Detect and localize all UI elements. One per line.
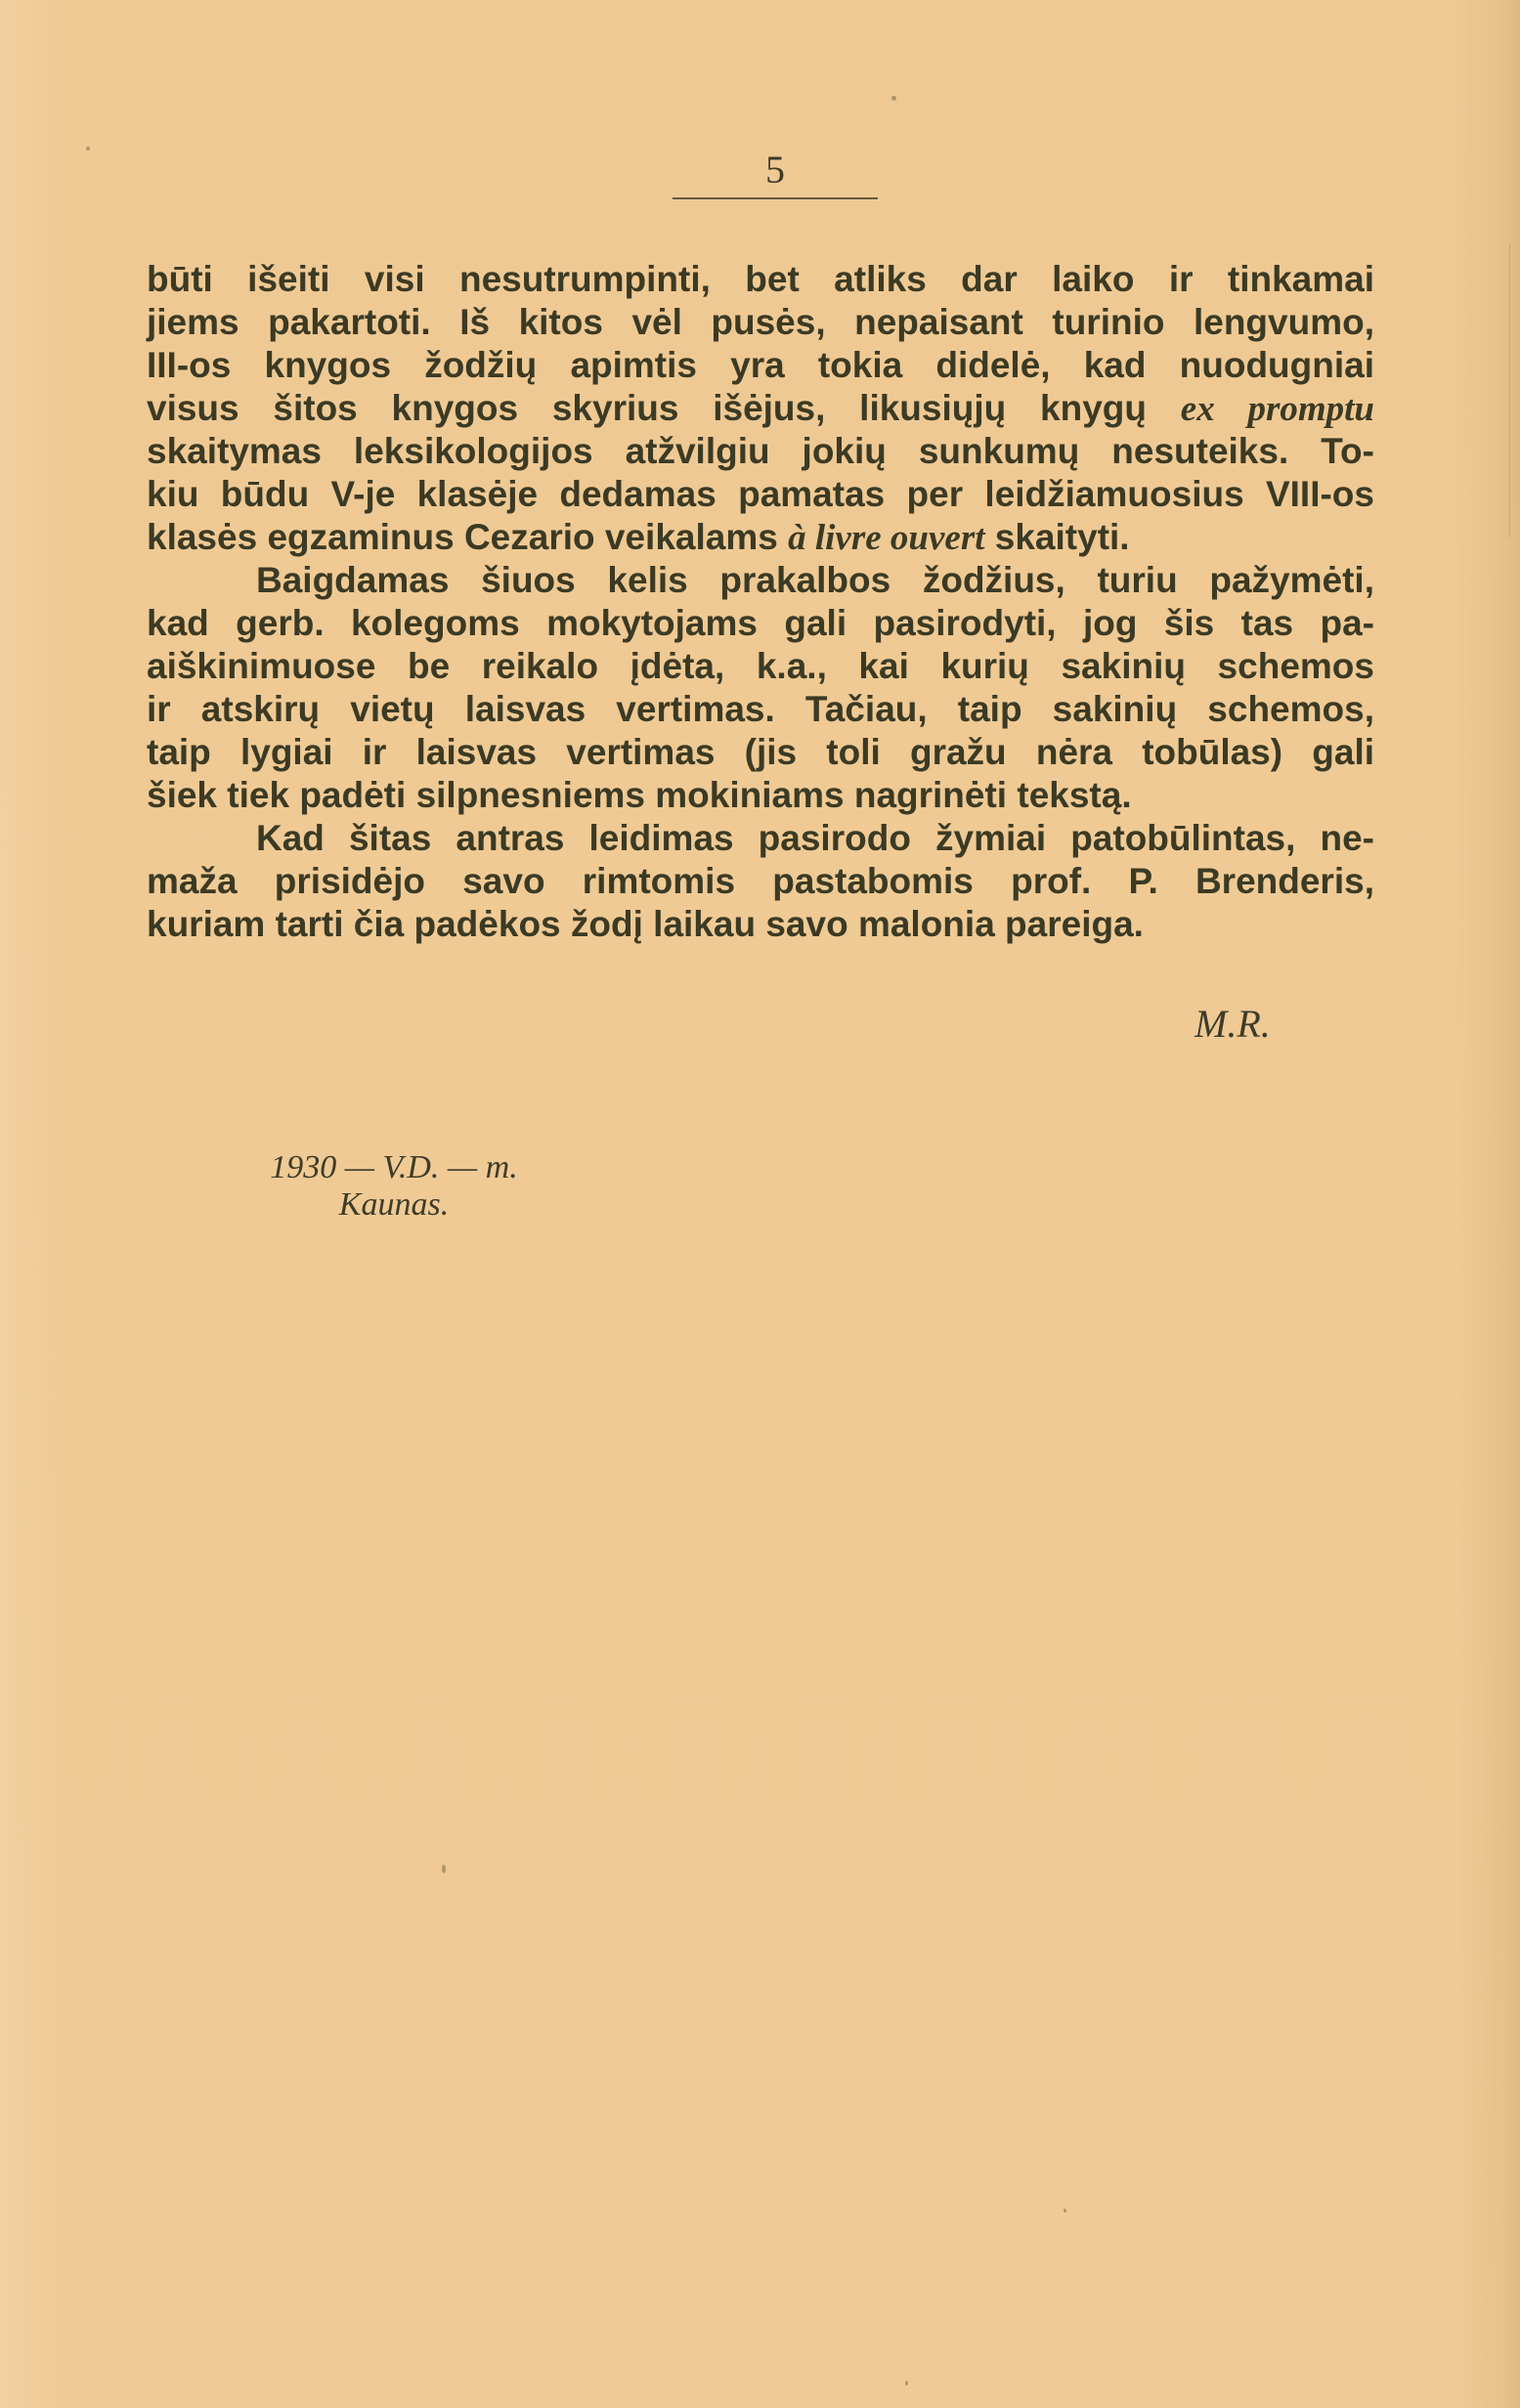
italic-phrase: ex promptu — [1181, 389, 1374, 429]
text-segment: visus šitos knygos skyrius išėjus, likus… — [147, 388, 1181, 428]
author-signature: M.R. — [1194, 1003, 1271, 1046]
text-segment: III-os knygos žodžių apimtis yra tokia d… — [147, 345, 1374, 385]
text-line: maža prisidėjo savo rimtomis pastabomis … — [147, 860, 1374, 903]
text-line: Baigdamas šiuos kelis prakalbos žodžius,… — [147, 559, 1374, 602]
colophon: 1930 — V.D. — m. Kaunas. — [223, 1149, 565, 1224]
text-line: skaitymas leksikologijos atžvilgiu jokių… — [147, 430, 1374, 473]
text-line: būti išeiti visi nesutrumpinti, bet atli… — [147, 258, 1374, 301]
text-segment: šiek tiek padėti silpnesniems mokiniams … — [147, 775, 1132, 815]
preface-body-text: būti išeiti visi nesutrumpinti, bet atli… — [147, 258, 1374, 946]
page-edge-shadow — [1509, 244, 1510, 537]
paper-speck — [86, 147, 90, 150]
paper-speck — [1064, 2209, 1066, 2213]
text-line: taip lygiai ir laisvas vertimas (jis tol… — [147, 731, 1374, 774]
page-number: 5 — [673, 149, 878, 192]
paper-speck — [891, 96, 896, 101]
text-line: kuriam tarti čia padėkos žodį laikau sav… — [147, 903, 1374, 946]
text-line: klasės egzaminus Cezario veikalams à liv… — [147, 516, 1374, 559]
text-line: Kad šitas antras leidimas pasirodo žymia… — [147, 817, 1374, 860]
page-number-rule — [673, 197, 878, 199]
text-segment: maža prisidėjo savo rimtomis pastabomis … — [147, 861, 1374, 901]
text-line: jiems pakartoti. Iš kitos vėl pusės, nep… — [147, 301, 1374, 344]
text-segment: Kad šitas antras leidimas pasirodo žymia… — [256, 818, 1374, 858]
text-segment: ir atskirų vietų laisvas vertimas. Tačia… — [147, 689, 1374, 729]
text-line: visus šitos knygos skyrius išėjus, likus… — [147, 387, 1374, 430]
text-segment: kiu būdu V-je klasėje dedamas pamatas pe… — [147, 474, 1374, 514]
text-segment: aiškinimuose be reikalo įdėta, k.a., kai… — [147, 646, 1374, 686]
text-segment: skaitymas leksikologijos atžvilgiu jokių… — [147, 431, 1374, 471]
text-line: šiek tiek padėti silpnesniems mokiniams … — [147, 774, 1374, 817]
text-line: kad gerb. kolegoms mokytojams gali pasir… — [147, 602, 1374, 645]
text-segment: Baigdamas šiuos kelis prakalbos žodžius,… — [256, 560, 1374, 600]
paper-speck — [442, 1865, 446, 1873]
colophon-place: Kaunas. — [223, 1186, 565, 1224]
text-segment: būti išeiti visi nesutrumpinti, bet atli… — [147, 259, 1374, 299]
colophon-date: 1930 — V.D. — m. — [223, 1149, 565, 1186]
text-segment: taip lygiai ir laisvas vertimas (jis tol… — [147, 732, 1374, 772]
italic-phrase: à livre ouvert — [788, 518, 984, 558]
paper-speck — [905, 2381, 908, 2386]
text-segment: kuriam tarti čia padėkos žodį laikau sav… — [147, 904, 1144, 944]
text-segment: jiems pakartoti. Iš kitos vėl pusės, nep… — [147, 302, 1374, 342]
text-line: aiškinimuose be reikalo įdėta, k.a., kai… — [147, 645, 1374, 688]
text-segment: klasės egzaminus Cezario veikalams — [147, 517, 788, 557]
book-page: 5 būti išeiti visi nesutrumpinti, bet at… — [0, 0, 1520, 2408]
text-segment: kad gerb. kolegoms mokytojams gali pasir… — [147, 603, 1374, 643]
text-line: ir atskirų vietų laisvas vertimas. Tačia… — [147, 688, 1374, 731]
text-segment: skaityti. — [985, 517, 1130, 557]
text-line: kiu būdu V-je klasėje dedamas pamatas pe… — [147, 473, 1374, 516]
text-line: III-os knygos žodžių apimtis yra tokia d… — [147, 344, 1374, 387]
